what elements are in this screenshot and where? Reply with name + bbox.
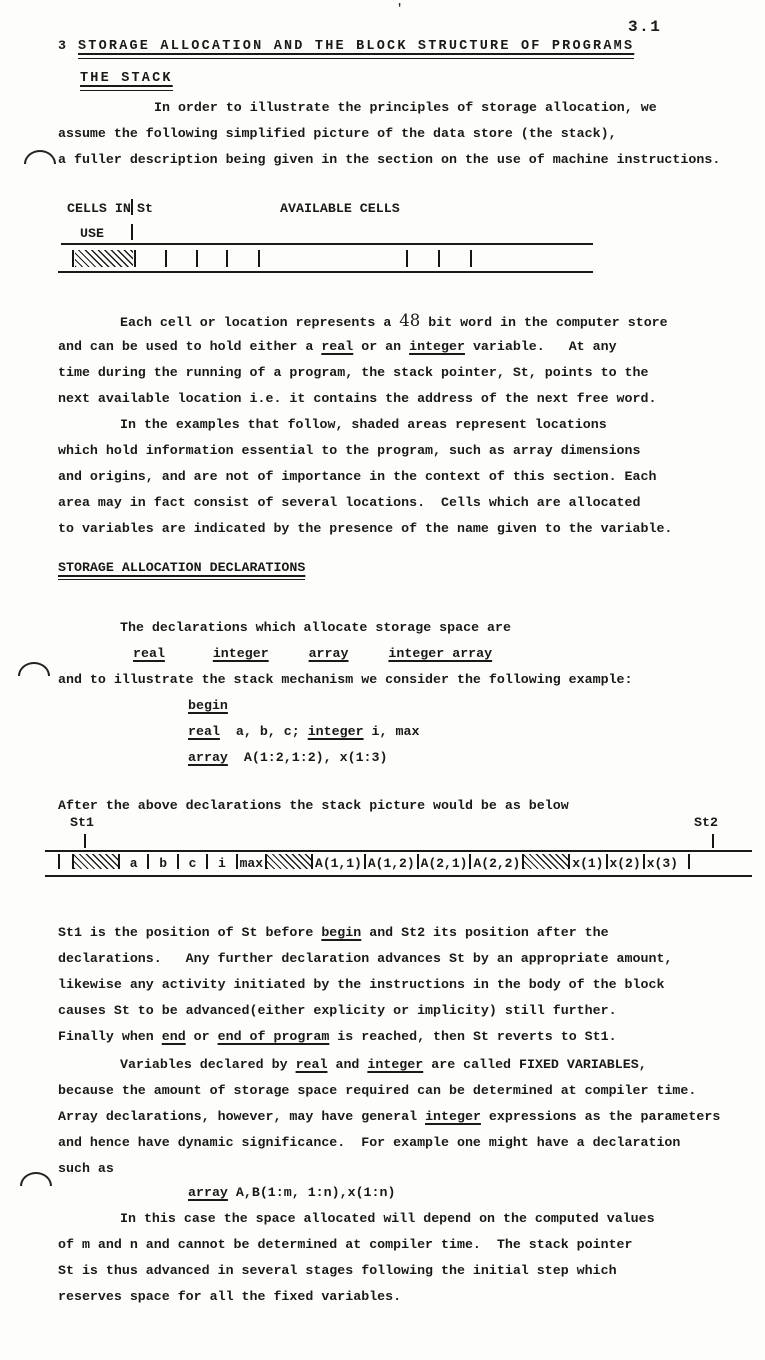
text-span: and St2 its position after the (361, 925, 608, 940)
diagram2-cells-row: a b c i maxA(1,1)A(1,2)A(2,1)A(2,2)x(1)x… (58, 854, 690, 872)
text-line: a fuller description being given in the … (58, 147, 720, 173)
text-line: declarations. Any further declaration ad… (58, 946, 672, 972)
stack-cell-label: x(2) (608, 855, 643, 872)
text-line: assume the following simplified picture … (58, 121, 720, 147)
section-heading: 3STORAGE ALLOCATION AND THE BLOCK STRUCT… (58, 38, 634, 59)
underlined-text: real (188, 724, 220, 739)
text-span: such as (58, 1161, 114, 1176)
paragraph-shaded: In the examples that follow, shaded area… (58, 412, 672, 542)
text-line: and to illustrate the stack mechanism we… (58, 667, 633, 693)
text-line: and hence have dynamic significance. For… (58, 1130, 720, 1156)
text-span: St is thus advanced in several stages fo… (58, 1263, 617, 1278)
text-span: i, max (364, 724, 420, 739)
stack-cell-label: A(1,2) (366, 855, 417, 872)
text-line: St1 is the position of St before begin a… (58, 920, 672, 946)
section-title: STORAGE ALLOCATION AND THE BLOCK STRUCTU… (78, 39, 634, 59)
text-line: likewise any activity initiated by the i… (58, 972, 672, 998)
text-span (269, 646, 309, 661)
underlined-text: integer (425, 1109, 481, 1124)
text-span: Finally when (58, 1029, 162, 1044)
text-line: area may in fact consist of several loca… (58, 490, 672, 516)
stack-cell-label: a (120, 855, 147, 872)
text-span: and origins, and are not of importance i… (58, 469, 656, 484)
underlined-text: end (162, 1029, 186, 1044)
text-line: time during the running of a program, th… (58, 360, 668, 386)
text-line: St is thus advanced in several stages fo… (58, 1258, 655, 1284)
underlined-text: end of program (218, 1029, 330, 1044)
text-span: a, b, c; (220, 724, 308, 739)
text-line: Each cell or location represents a 48 bi… (58, 308, 668, 334)
diagram-rule (45, 875, 752, 877)
stack-cell-label: x(1) (570, 855, 605, 872)
text-span: 48 (399, 311, 420, 330)
text-span: area may in fact consist of several loca… (58, 495, 641, 510)
underlined-text: real (321, 339, 353, 354)
text-line: Array declarations, however, may have ge… (58, 1104, 720, 1130)
stack-diagram-after-declarations: St1 St2 a b c i maxA(1,1)A(1,2)A(2,1)A(2… (0, 814, 765, 884)
text-span: Array declarations, however, may have ge… (58, 1109, 425, 1124)
text-span: Each cell or location represents a (120, 315, 399, 330)
underlined-text: begin (321, 925, 361, 940)
text-span: In the examples that follow, shaded area… (120, 417, 607, 432)
text-line: to variables are indicated by the presen… (58, 516, 672, 542)
underlined-text: integer (213, 646, 269, 661)
paragraph-fixed-variables: Variables declared by real and integer a… (58, 1052, 720, 1182)
text-span: and hence have dynamic significance. For… (58, 1135, 680, 1150)
diagram-rule (61, 243, 593, 245)
text-line: causes St to be advanced(either explicit… (58, 998, 672, 1024)
cell-divider-tick (438, 250, 440, 267)
paragraph-intro: In order to illustrate the principles of… (58, 95, 720, 173)
underlined-text: array (188, 1185, 228, 1200)
underlined-text: begin (188, 698, 228, 713)
stack-cell-label: A(2,1) (419, 855, 470, 872)
text-span: variable. At any (465, 339, 617, 354)
diagram-label-available-cells: AVAILABLE CELLS (280, 200, 400, 218)
pointer-column-bar (131, 224, 133, 240)
section2-title: STORAGE ALLOCATION DECLARATIONS (58, 560, 305, 580)
text-span: St1 is the position of St before (58, 925, 321, 940)
text-span: Variables declared by (120, 1057, 296, 1072)
text-line: In the examples that follow, shaded area… (58, 412, 672, 438)
stack-cell-label: max (238, 855, 265, 872)
section2-heading: STORAGE ALLOCATION DECLARATIONS (58, 560, 305, 580)
stack-cell-label: c (179, 855, 206, 872)
st1-pointer-tick (84, 834, 86, 848)
underlined-text: integer (367, 1057, 423, 1072)
text-span: The declarations which allocate storage … (120, 620, 511, 635)
hatched-shaded-area (75, 250, 133, 267)
cell-divider-tick (134, 250, 136, 267)
text-span: A,B(1:m, 1:n),x(1:n) (228, 1185, 396, 1200)
paragraph-example-lead: and to illustrate the stack mechanism we… (58, 667, 633, 693)
scanned-document-page: ' 3.1 3STORAGE ALLOCATION AND THE BLOCK … (0, 0, 765, 1360)
stack-cell-label: i (208, 855, 235, 872)
cell-divider-bar (688, 854, 690, 869)
text-span: or (186, 1029, 218, 1044)
text-span: After the above declarations the stack p… (58, 798, 569, 813)
stack-diagram-overview: CELLS IN St AVAILABLE CELLS USE (0, 196, 765, 280)
text-span: A(1:2,1:2), x(1:3) (228, 750, 388, 765)
cell-divider-tick (406, 250, 408, 267)
diagram-rule (45, 850, 752, 852)
text-span: next available location i.e. it contains… (58, 391, 656, 406)
handwritten-arc-annotation (18, 662, 50, 676)
stack-cell-label: x(3) (645, 855, 688, 872)
text-line: In order to illustrate the principles of… (58, 95, 720, 121)
text-span: which hold information essential to the … (58, 443, 641, 458)
text-span: bit word in the computer store (420, 315, 667, 330)
paragraph-conclusion: In this case the space allocated will de… (58, 1206, 655, 1310)
cell-divider-tick (72, 250, 74, 267)
cell-divider-tick (165, 250, 167, 267)
text-line: begin (188, 693, 419, 719)
cell-divider-tick (258, 250, 260, 267)
text-span: and can be used to hold either a (58, 339, 321, 354)
underlined-text: array (188, 750, 228, 765)
text-span: or an (353, 339, 409, 354)
text-span: is reached, then St reverts to St1. (329, 1029, 616, 1044)
underlined-text: integer (308, 724, 364, 739)
pointer-column-bar (131, 199, 133, 215)
text-span: and to illustrate the stack mechanism we… (58, 672, 633, 687)
text-span: because the amount of storage space requ… (58, 1083, 696, 1098)
paragraph-declarations-intro: The declarations which allocate storage … (58, 615, 511, 641)
hatched-shaded-area (524, 854, 568, 869)
code-line-array: array A,B(1:m, 1:n),x(1:n) (188, 1180, 395, 1206)
text-span: expressions as the parameters (481, 1109, 720, 1124)
cell-divider-tick (226, 250, 228, 267)
diagram-label-st1: St1 (70, 814, 94, 832)
handwritten-arc-annotation (24, 150, 56, 164)
text-span: In order to illustrate the principles of… (154, 100, 657, 115)
text-line: such as (58, 1156, 720, 1182)
text-line: In this case the space allocated will de… (58, 1206, 655, 1232)
subsection-title: THE STACK (80, 71, 173, 91)
keywords-line: real integer array integer array (133, 641, 492, 667)
stack-cell-label: A(1,1) (313, 855, 364, 872)
handwritten-arc-annotation (20, 1172, 52, 1186)
diagram-label-use: USE (80, 225, 104, 243)
cell-divider-bar (58, 854, 60, 869)
cell-divider-tick (196, 250, 198, 267)
text-span: assume the following simplified picture … (58, 126, 617, 141)
text-line: array A(1:2,1:2), x(1:3) (188, 745, 419, 771)
text-line: which hold information essential to the … (58, 438, 672, 464)
diagram-rule (58, 271, 593, 273)
text-span: to variables are indicated by the presen… (58, 521, 672, 536)
code-block: beginreal a, b, c; integer i, maxarray A… (188, 693, 419, 771)
paragraph-st-explanation: St1 is the position of St before begin a… (58, 920, 672, 1050)
paragraph-cells: Each cell or location represents a 48 bi… (58, 308, 668, 412)
text-line: Finally when end or end of program is re… (58, 1024, 672, 1050)
underlined-text: integer array (388, 646, 492, 661)
cell-divider-tick (470, 250, 472, 267)
text-span: causes St to be advanced(either explicit… (58, 1003, 617, 1018)
text-span: time during the running of a program, th… (58, 365, 648, 380)
text-line: of m and n and cannot be determined at c… (58, 1232, 655, 1258)
stack-cell-label: A(2,2) (471, 855, 522, 872)
text-span: In this case the space allocated will de… (120, 1211, 655, 1226)
hatched-shaded-area (74, 854, 118, 869)
page-number: 3.1 (628, 18, 661, 36)
subsection-heading: THE STACK (80, 70, 173, 91)
text-line: because the amount of storage space requ… (58, 1078, 720, 1104)
text-line: and origins, and are not of importance i… (58, 464, 672, 490)
text-span: reserves space for all the fixed variabl… (58, 1289, 401, 1304)
hatched-shaded-area (267, 854, 311, 869)
text-span: of m and n and cannot be determined at c… (58, 1237, 633, 1252)
diagram-label-st2: St2 (694, 814, 718, 832)
text-span (165, 646, 213, 661)
diagram-label-cells-in: CELLS IN (67, 200, 131, 218)
section-number: 3 (58, 38, 66, 53)
text-span: declarations. Any further declaration ad… (58, 951, 672, 966)
text-line: reserves space for all the fixed variabl… (58, 1284, 655, 1310)
text-line: Variables declared by real and integer a… (58, 1052, 720, 1078)
text-span: are called FIXED VARIABLES, (423, 1057, 646, 1072)
text-span: a fuller description being given in the … (58, 152, 720, 167)
text-span: likewise any activity initiated by the i… (58, 977, 664, 992)
st2-pointer-tick (712, 834, 714, 848)
underlined-text: array (309, 646, 349, 661)
diagram-label-st-pointer: St (137, 200, 153, 218)
text-line: next available location i.e. it contains… (58, 386, 668, 412)
underlined-text: real (133, 646, 165, 661)
stack-cell-label: b (149, 855, 176, 872)
text-span: and (327, 1057, 367, 1072)
text-line: and can be used to hold either a real or… (58, 334, 668, 360)
text-line: The declarations which allocate storage … (58, 615, 511, 641)
text-line: real a, b, c; integer i, max (188, 719, 419, 745)
underlined-text: real (296, 1057, 328, 1072)
text-span (348, 646, 388, 661)
scan-artifact-mark: ' (396, 2, 403, 16)
underlined-text: integer (409, 339, 465, 354)
